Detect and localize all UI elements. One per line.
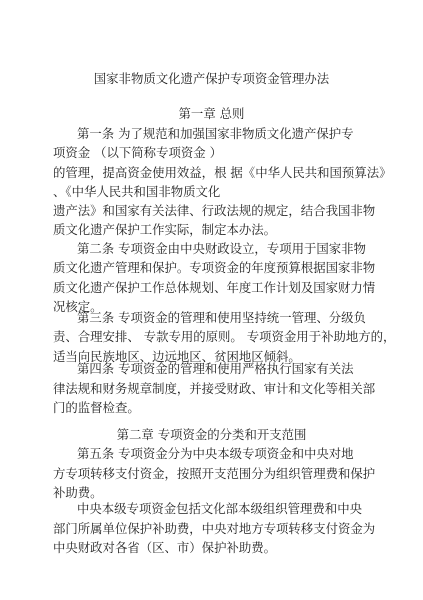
article-5-line: 第五条 专项资金分为中央本级专项资金和中央对地 [77,446,354,462]
article-2-line: 质文化遗产管理和保护。专项资金的年度预算根据国家非物 [53,260,375,276]
document-title: 国家非物质文化遗产保护专项资金管理办法 [0,71,423,87]
article-5-line: 方专项转移支付资金，按照开支范围分为组织管理费和保护 [53,466,375,482]
paragraph-line: 中央财政对各省（区、市）保护补助费。 [53,540,276,556]
article-1-line: 、《中华人民共和国非物质文化 [53,184,220,200]
article-3-line: 第三条 专项资金的管理和使用坚持统一管理、分级负 [77,310,366,326]
article-1-line: 质文化遗产保护工作实际，制定本办法。 [53,222,276,238]
article-5-line: 补助费。 [53,485,103,501]
article-4-line: 门的监督检查。 [53,400,140,416]
paragraph-line: 部门所属单位保护补助费，中央对地方专项转移支付资金为 [53,521,375,537]
article-1-line: 的管理，提高资金使用效益，根 据《中华人民共和国预算法》 [53,165,392,181]
article-4-line: 第四条 专项资金的管理和使用严格执行国家有关法 [77,361,354,377]
article-3-line: 责、合理安排、 专款专用的原则。 专项资金用于补助地方的， [53,329,395,345]
article-2-line: 质文化遗产保护工作总体规划、年度工作计划及国家财力情 [53,280,375,296]
article-1-line: 遗产法》和国家有关法律、行政法规的规定，结合我国非物 [53,203,375,219]
chapter-heading: 第一章 总则 [0,106,423,122]
article-2-line: 第二条 专项资金由中央财政设立，专项用于国家非物 [77,241,366,257]
chapter-heading: 第二章 专项资金的分类和开支范围 [0,427,423,443]
article-1-line: 第一条 为了规范和加强国家非物质文化遗产保护专 [77,126,354,142]
article-4-line: 律法规和财务规章制度，并接受财政、审计和文化等相关部 [53,381,375,397]
paragraph-line: 中央本级专项资金包括文化部本级组织管理费和中央 [77,501,362,517]
article-1-line: 项资金 （以下简称专项资金 ） [53,145,222,161]
